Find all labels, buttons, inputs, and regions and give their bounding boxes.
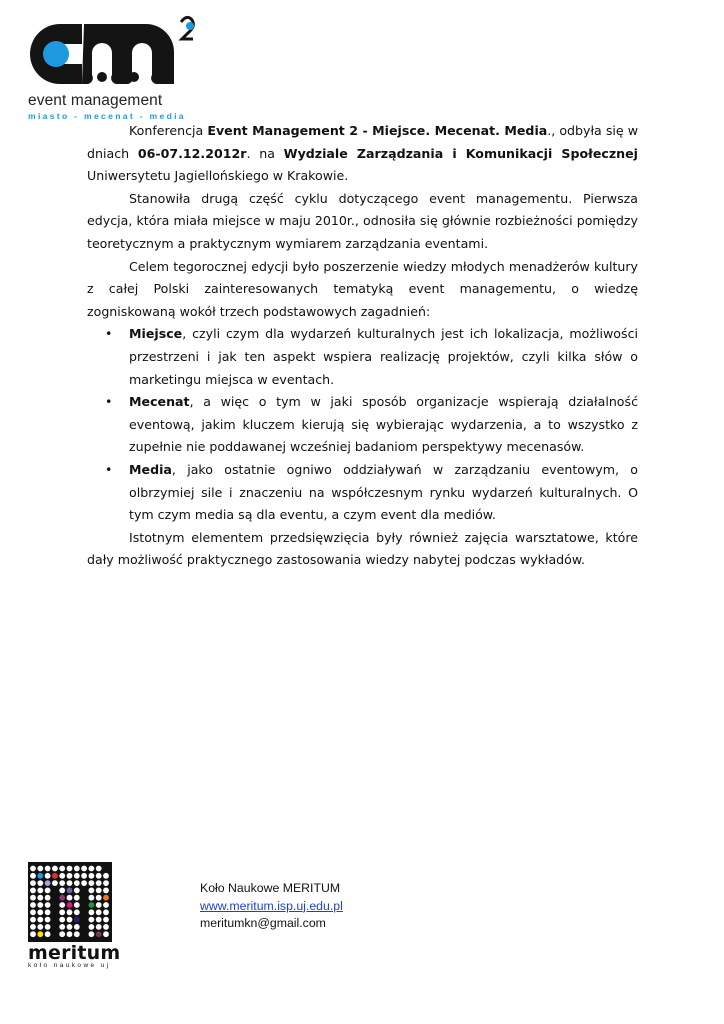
document-body: Konferencja Event Management 2 - Miejsce… [87, 120, 638, 572]
topic-term: Media [129, 462, 172, 477]
topic-text: , czyli czym dla wydarzeń kulturalnych j… [129, 326, 638, 386]
text: Konferencja [129, 123, 207, 138]
conference-name: Event Management 2 - Miejsce. Mecenat. M… [207, 123, 547, 138]
paragraph-intro: Konferencja Event Management 2 - Miejsce… [87, 120, 638, 188]
meritum-logo: meritum koło naukowe uj [28, 862, 112, 972]
email-address: meritumkn@gmail.com [200, 915, 343, 933]
topic-term: Miejsce [129, 326, 182, 341]
paragraph-history: Stanowiła drugą część cyklu dotyczącego … [87, 188, 638, 256]
list-item: •Miejsce, czyli czym dla wydarzeń kultur… [87, 323, 638, 391]
topic-term: Mecenat [129, 394, 190, 409]
logo-title: event management [28, 92, 162, 110]
bullet-icon: • [105, 391, 112, 414]
website-link[interactable]: www.meritum.isp.uj.edu.pl [200, 899, 343, 913]
org-name: Koło Naukowe MERITUM [200, 880, 343, 898]
list-item: •Media, jako ostatnie ogniwo oddziaływań… [87, 459, 638, 527]
bullet-icon: • [105, 323, 112, 346]
topic-text: , jako ostatnie ogniwo oddziaływań w zar… [129, 462, 638, 522]
text: . na [246, 146, 283, 161]
faculty-name: Wydziale Zarządzania i Komunikacji Społe… [284, 146, 638, 161]
text: Uniwersytetu Jagiellońskiego w Krakowie. [87, 168, 348, 183]
cm2-logo-mark-icon [26, 12, 198, 92]
conference-date: 06-07.12.2012r [138, 146, 247, 161]
logo-subtitle: koło naukowe uj [28, 962, 112, 969]
list-item: •Mecenat, a więc o tym w jaki sposób org… [87, 391, 638, 459]
event-management-logo: event management miasto - mecenat - medi… [22, 12, 202, 122]
paragraph-goal: Celem tegorocznej edycji było poszerzeni… [87, 256, 638, 324]
paragraph-workshops: Istotnym elementem przedsięwzięcia były … [87, 527, 638, 572]
topics-list: •Miejsce, czyli czym dla wydarzeń kultur… [87, 323, 638, 526]
logo-word: meritum [28, 942, 112, 964]
contact-info: Koło Naukowe MERITUM www.meritum.isp.uj.… [200, 880, 343, 933]
bullet-icon: • [105, 459, 112, 482]
topic-text: , a więc o tym w jaki sposób organizacje… [129, 394, 638, 454]
meritum-dot-grid-icon [28, 862, 112, 942]
